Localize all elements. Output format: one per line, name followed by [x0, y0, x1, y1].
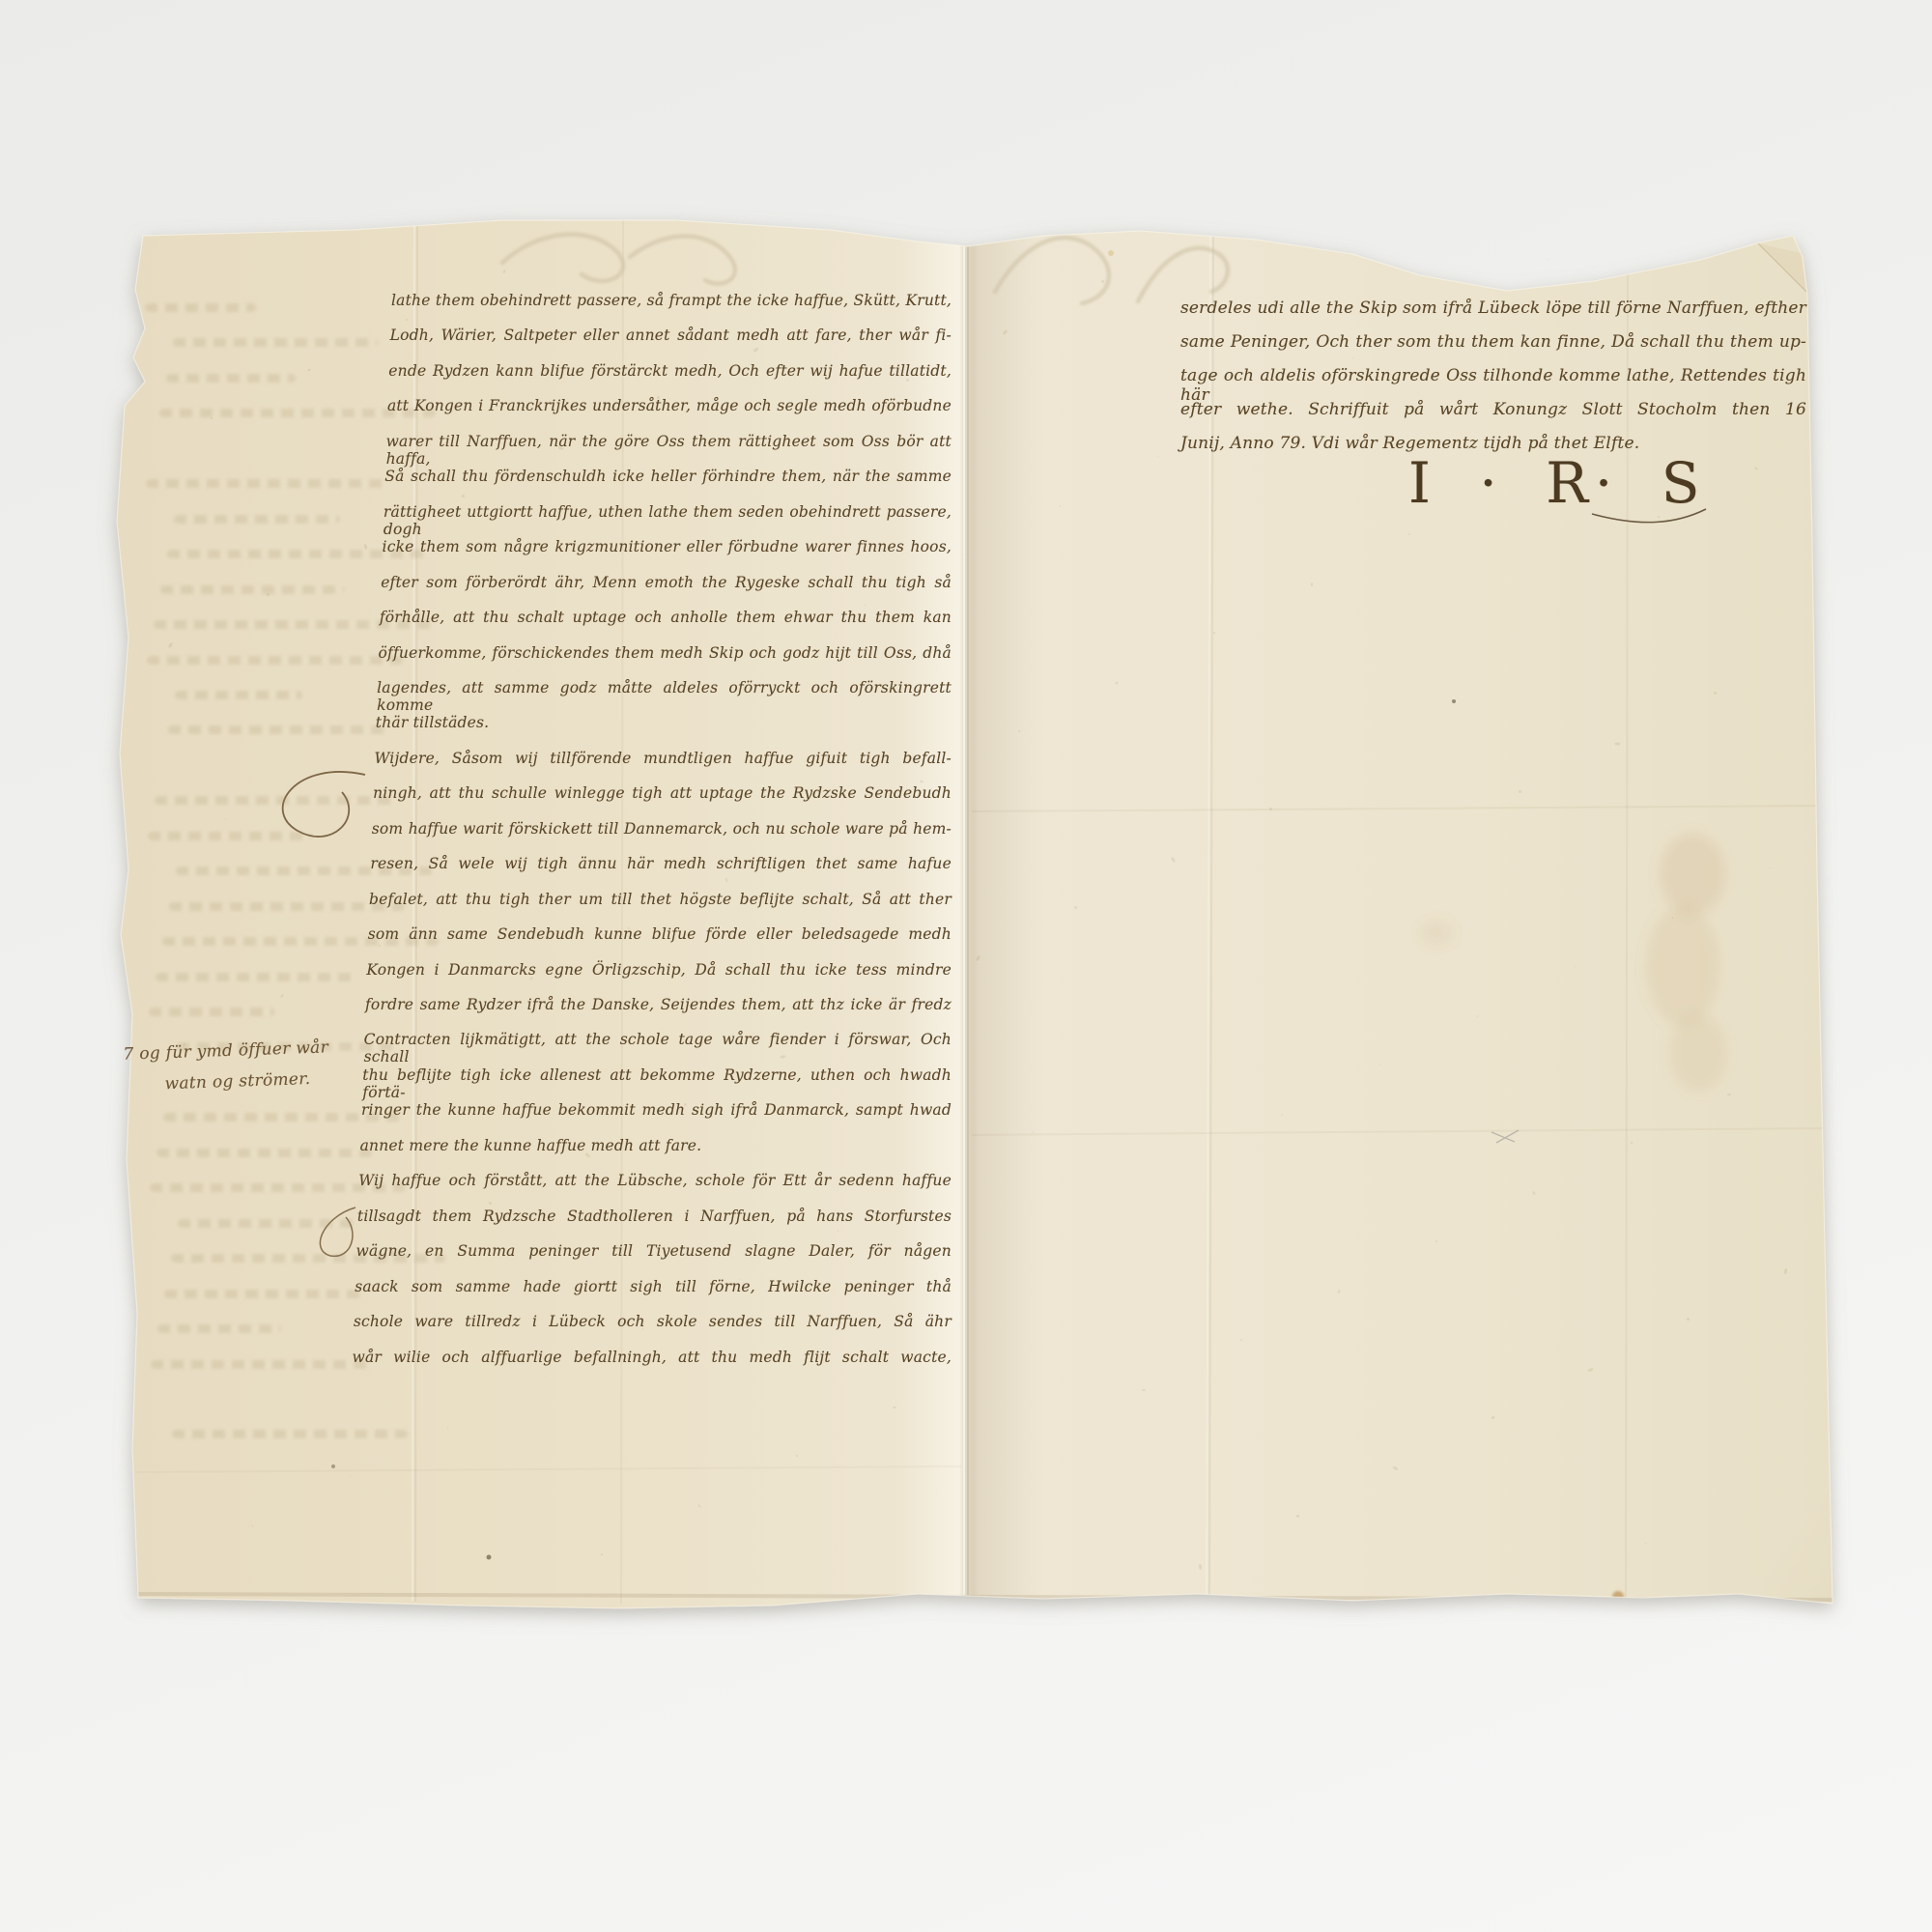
manuscript-line-left: öffuerkomme, förschickendes them medh Sk… — [379, 644, 952, 677]
paper-fleck — [1032, 1131, 1034, 1133]
paper-fleck — [1379, 1065, 1380, 1065]
manuscript-line-left: som haffue warit förskickett till Dannem… — [372, 820, 952, 853]
show-through-line — [166, 374, 296, 383]
paper-fleck — [155, 241, 156, 242]
margin-note: 7 og für ymd öffuer wår watn og strömer. — [123, 1037, 329, 1094]
manuscript-line-left: fordre same Rydzer ifrå the Danske, Seij… — [365, 996, 952, 1029]
show-through-line — [175, 691, 302, 699]
manuscript-line-left: Contracten lijkmätigtt, att the schole t… — [364, 1031, 952, 1064]
manuscript-line-right: serdeles udi alle the Skip som ifrå Lübe… — [1180, 298, 1806, 331]
paper-fleck — [1281, 1114, 1283, 1116]
manuscript-line-left: som änn same Sendebudh kunne blifue förd… — [368, 925, 952, 958]
manuscript-line-left: ende Rydzen kann blifue förstärckt medh,… — [388, 362, 952, 395]
manuscript-line-left: lagendes, att samme godz måtte aldeles o… — [377, 679, 952, 712]
show-through-line — [145, 303, 256, 312]
manuscript-paper-art — [0, 0, 1932, 1932]
paper-fleck — [211, 417, 213, 419]
manuscript-line-left: ringer the kunne haffue bekommit medh si… — [361, 1101, 952, 1134]
manuscript-line-left: resen, Så wele wij tigh ännu här medh sc… — [370, 855, 952, 888]
paper-fleck — [323, 769, 324, 770]
show-through-line — [156, 1149, 372, 1157]
paper-fleck — [1645, 1543, 1647, 1545]
paper-fleck — [1492, 1416, 1494, 1419]
photo-backdrop: lathe them obehindrett passere, så framp… — [0, 0, 1932, 1932]
manuscript-line-left: Lodh, Wärier, Saltpeter eller annet såda… — [390, 327, 952, 359]
paper-fleck — [446, 1427, 448, 1428]
manuscript-line-left: wår wilie och alffuarlige befallningh, a… — [353, 1349, 952, 1381]
manuscript-line-left: icke them som någre krigzmunitioner elle… — [383, 538, 952, 571]
manuscript-line-left: saack som samme hade giortt sigh till fö… — [355, 1278, 952, 1311]
manuscript-line-left: Wijdere, Såsom wij tillförende mundtlige… — [374, 750, 952, 782]
manuscript-line-right: same Peninger, Och ther som thu them kan… — [1180, 332, 1806, 365]
show-through-line — [147, 656, 403, 665]
paper-fleck — [1435, 1240, 1437, 1242]
manuscript-line-left: att Kongen i Franckrijkes undersåther, m… — [387, 397, 952, 430]
show-through-line — [155, 796, 394, 805]
manuscript-line-right: tage och aldelis oförskingrede Oss tilho… — [1180, 366, 1806, 399]
paper-fleck — [1199, 1564, 1203, 1570]
manuscript-line-left: förhålle, att thu schalt uptage och anho… — [380, 609, 952, 641]
show-through-line — [151, 1360, 368, 1369]
manuscript-line-left: warer till Narffuen, när the göre Oss th… — [386, 433, 952, 466]
manuscript-line-left: tillsagdt them Rydzsche Stadtholleren i … — [357, 1207, 952, 1240]
show-through-line — [172, 1430, 408, 1438]
paper-fleck — [1548, 259, 1548, 260]
show-through-line — [174, 515, 340, 524]
show-through-line — [168, 725, 389, 734]
paper-fleck — [962, 554, 963, 555]
manuscript-line-left: wägne, en Summa peninger till Tiyetusend… — [356, 1242, 952, 1275]
manuscript-line-left: Wij haffue och förstått, att the Lübsche… — [358, 1172, 952, 1205]
manuscript-line-left: Kongen i Danmarcks egne Örligzschip, Då … — [366, 961, 952, 994]
manuscript-line-left: schole ware tillredz i Lübeck och skole … — [354, 1313, 952, 1346]
royal-signature: I · R· S — [1408, 450, 1707, 516]
show-through-line — [149, 1008, 274, 1016]
manuscript-line-left: lathe them obehindrett passere, så framp… — [391, 292, 952, 325]
show-through-line — [173, 338, 378, 347]
show-through-line — [160, 585, 345, 594]
manuscript-line-right: efter wethe. Schriffuit på wårt Konungz … — [1180, 400, 1806, 433]
show-through-line — [156, 973, 356, 981]
show-through-line — [164, 1290, 363, 1298]
show-through-line — [148, 832, 312, 840]
paper-fleck — [1727, 1094, 1731, 1095]
manuscript-line-left: rättigheet uttgiortt haffue, uthen lathe… — [384, 503, 952, 536]
show-through-line — [157, 1324, 281, 1333]
manuscript-line-left: annet mere the kunne haffue medh att far… — [360, 1137, 952, 1170]
manuscript-line-left: thu beflijte tigh icke allenest att beko… — [362, 1066, 952, 1099]
manuscript-line-left: thär tillstädes. — [376, 714, 952, 747]
manuscript-line-left: efter som förberördt ähr, Menn emoth the… — [381, 574, 952, 607]
manuscript-line-left: Så schall thu fördenschuldh icke heller … — [384, 468, 952, 500]
paper-fleck — [252, 1525, 254, 1527]
show-through-line — [178, 1219, 358, 1228]
show-through-line — [146, 479, 387, 488]
manuscript-line-left: ningh, att thu schulle winlegge tigh att… — [373, 784, 952, 817]
manuscript-line-left: befalet, att thu tigh ther um till thet … — [369, 891, 952, 923]
